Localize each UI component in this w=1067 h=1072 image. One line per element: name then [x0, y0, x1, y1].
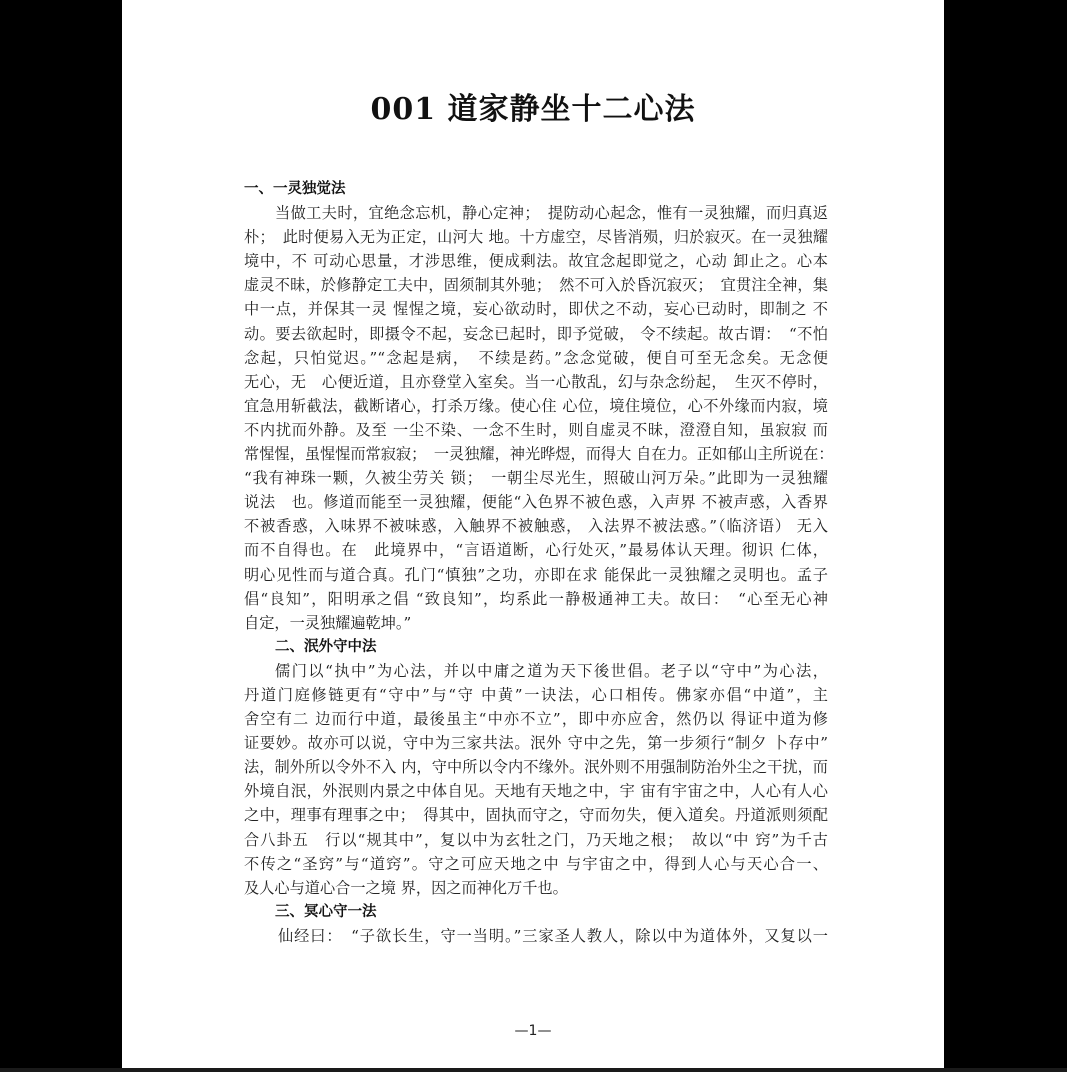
paragraph-line: 舍空有二 边而行中道，最後虽主“中亦不立”，即中亦应舍，然仍以 得证中道为修: [244, 707, 828, 731]
document-page: 001 道家静坐十二心法 一、一灵独觉法 当做工夫时，宜绝念忘机，静心定神； 提…: [122, 0, 944, 1068]
paragraph-line: 常惺惺，虽惺惺而常寂寂； 一灵独耀，神光晔煜，而得大 自在力。正如郁山主所说在：: [244, 442, 828, 466]
page-number: —1—: [122, 1023, 944, 1039]
paragraph-line: 说法 也。修道而能至一灵独耀，便能“入色界不被色惑，入声界 不被声惑，入香界: [244, 490, 828, 514]
paragraph-line: 及人心与道心合一之境 界，因之而神化万千也。: [244, 876, 828, 900]
paragraph-line: 境中，不 可动心思量，才涉思维，便成剩法。故宜念起即觉之，心动 卸止之。心本: [244, 249, 828, 273]
paragraph-line: 而不自得也。在 此境界中，“言语道断，心行处灭，”最易体认天理。彻识 仁体，: [244, 538, 828, 562]
section-heading: 三、冥心守一法: [244, 900, 828, 924]
document-body: 一、一灵独觉法 当做工夫时，宜绝念忘机，静心定神； 提防动心起念，惟有一灵独耀，…: [244, 177, 828, 948]
paragraph-line: 自定，一灵独耀遍乾坤。”: [244, 611, 828, 635]
paragraph-line: 无心，无 心便近道，且亦登堂入室矣。当一心散乱，幻与杂念纷起， 生灭不停时，: [244, 370, 828, 394]
paragraph-line: 合八卦五 行以“规其中”，复以中为玄牡之门，乃天地之根； 故以“中 窍”为千古: [244, 828, 828, 852]
paragraph-line: 不内扰而外静。及至 一尘不染、一念不生时，则自虚灵不昧，澄澄自知，虽寂寂 而: [244, 418, 828, 442]
viewer-bottom-edge: [0, 1068, 1067, 1072]
paragraph-line: 明心见性而与道合真。孔门“慎独”之功，亦即在求 能保此一灵独耀之灵明也。孟子: [244, 563, 828, 587]
paragraph-line: 儒门以“执中”为心法，并以中庸之道为天下後世倡。老子以“守中”为心法，: [244, 659, 828, 683]
paragraph-line: 丹道门庭修链更有“守中”与“守 中黄”一诀法，心口相传。佛家亦倡“中道”，主: [244, 683, 828, 707]
paragraph-line: 法，制外所以令外不入 内，守中所以令内不缘外。泯外则不用强制防治外尘之干扰，而: [244, 755, 828, 779]
paragraph-line: 仙经曰： “子欲长生，守一当明。”三家圣人教人，除以中为道体外，又复以一: [244, 924, 828, 948]
paragraph-line: 证要妙。故亦可以说，守中为三家共法。泯外 守中之先，第一步须行“制夕 卜存中”: [244, 731, 828, 755]
paragraph-line: 虚灵不昧，於修静定工夫中，固须制其外驰； 然不可入於昏沉寂灭； 宜贯注全神，集: [244, 273, 828, 297]
paragraph-line: 不传之“圣窍”与“道窍”。守之可应天地之中 与宇宙之中，得到人心与天心合一、: [244, 852, 828, 876]
paragraph-line: 中一点，并保其一灵 惺惺之境，妄心欲动时，即伏之不动，妄心已动时，即制之 不: [244, 297, 828, 321]
paragraph-line: 倡“良知”，阳明承之倡 “致良知”，均系此一静极通神工夫。故曰： “心至无心神: [244, 587, 828, 611]
paragraph-line: 当做工夫时，宜绝念忘机，静心定神； 提防动心起念，惟有一灵独耀，而归真返: [244, 201, 828, 225]
paragraph-line: 外境自泯，外泯则内景之中体自见。天地有天地之中，宇 宙有宇宙之中，人心有人心: [244, 779, 828, 803]
paragraph-line: 之中，理事有理事之中； 得其中，固执而守之，守而勿失，便入道矣。丹道派则须配: [244, 803, 828, 827]
document-title: 001 道家静坐十二心法: [122, 84, 944, 128]
paragraph-line: 动。要去欲起时，即摄令不起，妄念已起时，即予觉破， 令不续起。故古谓： “不怕: [244, 322, 828, 346]
paragraph-line: 念起，只怕觉迟。”“念起是病， 不续是药。”念念觉破，便自可至无念矣。无念便: [244, 346, 828, 370]
section-heading: 一、一灵独觉法: [244, 177, 828, 201]
section-heading: 二、泯外守中法: [244, 635, 828, 659]
paragraph-line: 宜急用斩截法，截断诸心，打杀万缘。使心住 心位，境住境位，心不外缘而内寂，境: [244, 394, 828, 418]
paragraph-line: 不被香惑，入味界不被味惑，入触界不被触惑， 入法界不被法惑。”（临济语） 无入: [244, 514, 828, 538]
paragraph-line: “我有神珠一颗，久被尘劳关 锁； 一朝尘尽光生，照破山河万朵。”此即为一灵独耀: [244, 466, 828, 490]
paragraph-line: 朴； 此时便易入无为正定，山河大 地。十方虚空，尽皆消殒，归於寂灭。在一灵独耀: [244, 225, 828, 249]
